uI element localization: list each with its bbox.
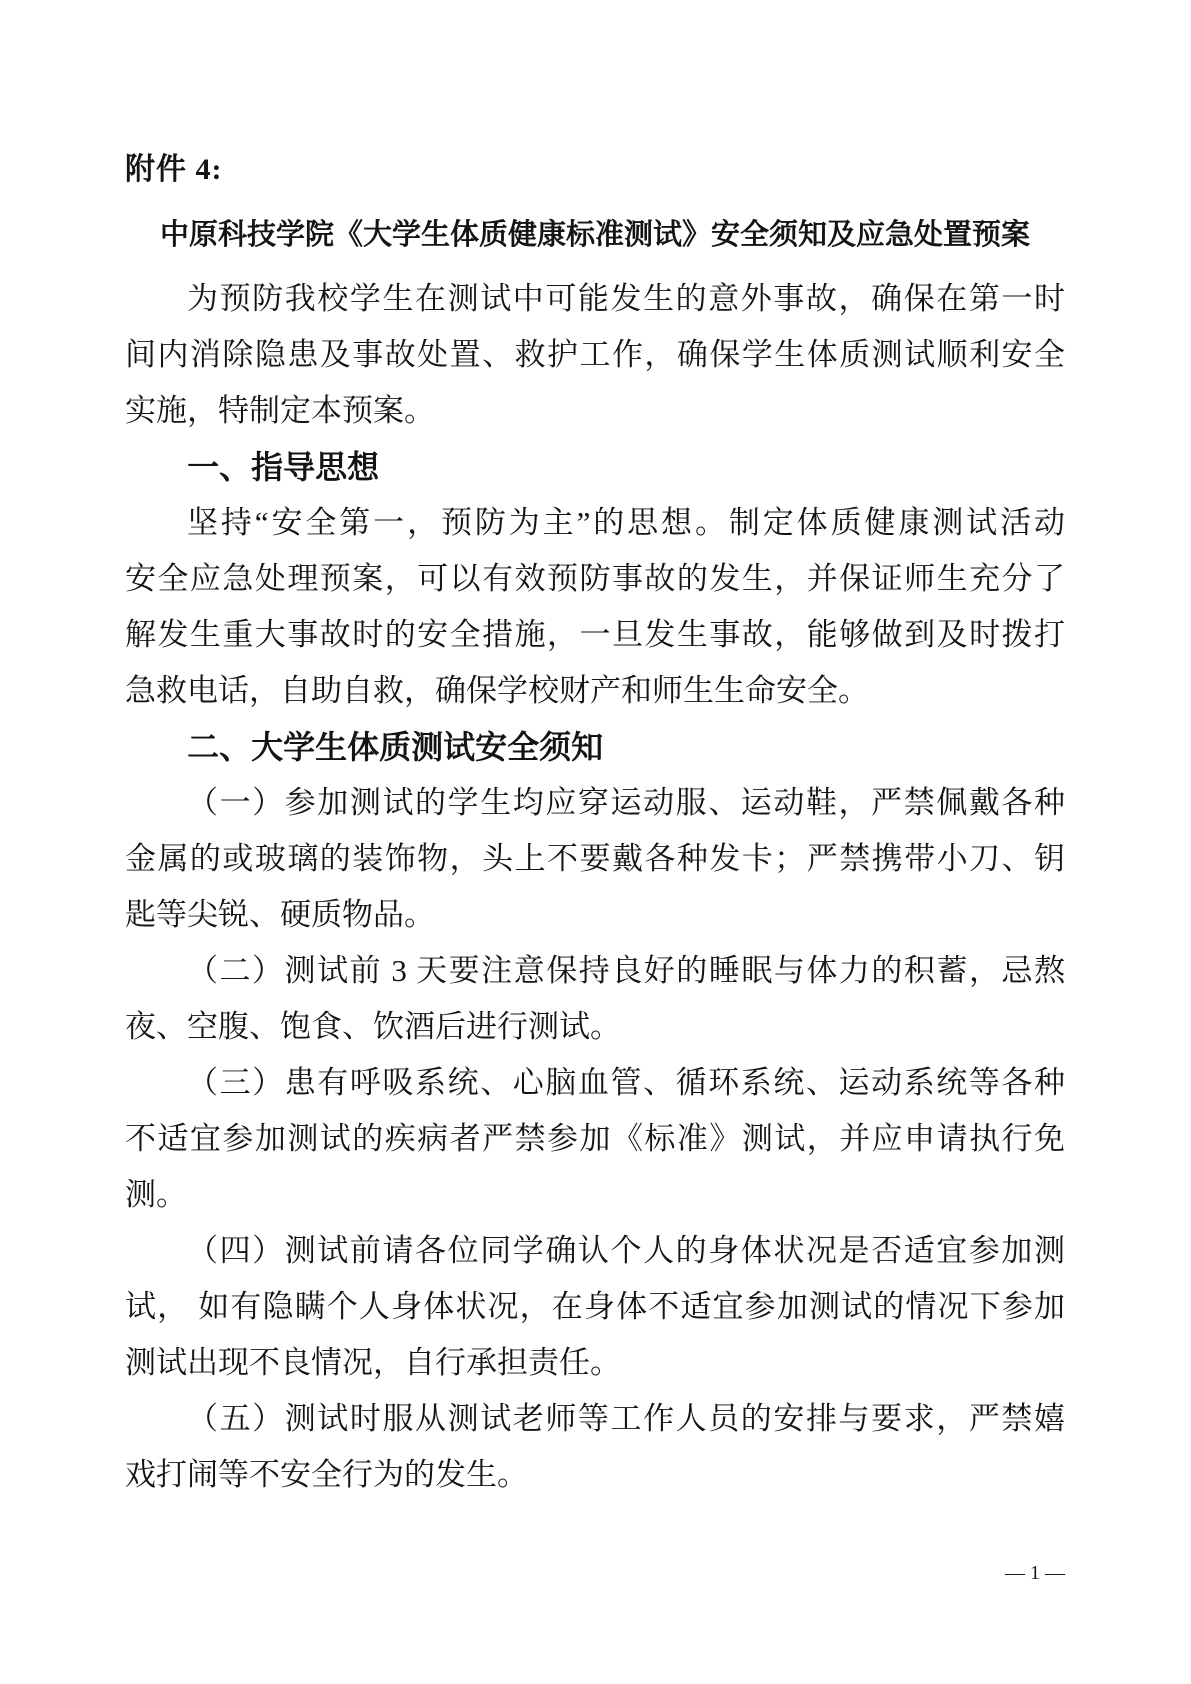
body-line: 测。 [125,1167,1065,1223]
body-line: （二）测试前 3 天要注意保持良好的睡眠与体力的积蓄，忌熬 [125,943,1065,999]
body-line: （五）测试时服从测试老师等工作人员的安排与要求，严禁嬉 [125,1391,1065,1447]
body-line: （四）测试前请各位同学确认个人的身体状况是否适宜参加测 [125,1223,1065,1279]
body-line: 坚持“安全第一，预防为主”的思想。制定体质健康测试活动 [125,495,1065,551]
body-line: （一）参加测试的学生均应穿运动服、运动鞋，严禁佩戴各种 [125,775,1065,831]
attachment-label: 附件 4: [125,148,1065,192]
body-line: 解发生重大事故时的安全措施，一旦发生事故，能够做到及时拨打 [125,607,1065,663]
body-line: 金属的或玻璃的装饰物，头上不要戴各种发卡；严禁携带小刀、钥 [125,831,1065,887]
section-heading-1: 一、指导思想 [125,439,1065,495]
body-line: 匙等尖锐、硬质物品。 [125,887,1065,943]
document-title: 中原科技学院《大学生体质健康标准测试》安全须知及应急处置预案 [125,213,1065,257]
section-heading-2: 二、大学生体质测试安全须知 [125,719,1065,775]
document-body: 为预防我校学生在测试中可能发生的意外事故，确保在第一时 间内消除隐患及事故处置、… [125,271,1065,1503]
body-line: 试， 如有隐瞒个人身体状况，在身体不适宜参加测试的情况下参加 [125,1279,1065,1335]
body-line: 急救电话，自助自救，确保学校财产和师生生命安全。 [125,663,1065,719]
page-number: — 1 — [1005,1558,1065,1588]
body-line: 实施，特制定本预案。 [125,383,1065,439]
body-line: 不适宜参加测试的疾病者严禁参加《标准》测试，并应申请执行免 [125,1111,1065,1167]
body-line: 戏打闹等不安全行为的发生。 [125,1447,1065,1503]
body-line: （三）患有呼吸系统、心脑血管、循环系统、运动系统等各种 [125,1055,1065,1111]
document-page: 附件 4: 中原科技学院《大学生体质健康标准测试》安全须知及应急处置预案 为预防… [0,0,1191,1684]
body-line: 夜、空腹、饱食、饮酒后进行测试。 [125,999,1065,1055]
body-line: 为预防我校学生在测试中可能发生的意外事故，确保在第一时 [125,271,1065,327]
body-line: 测试出现不良情况，自行承担责任。 [125,1335,1065,1391]
body-line: 间内消除隐患及事故处置、救护工作，确保学生体质测试顺利安全 [125,327,1065,383]
body-line: 安全应急处理预案，可以有效预防事故的发生，并保证师生充分了 [125,551,1065,607]
